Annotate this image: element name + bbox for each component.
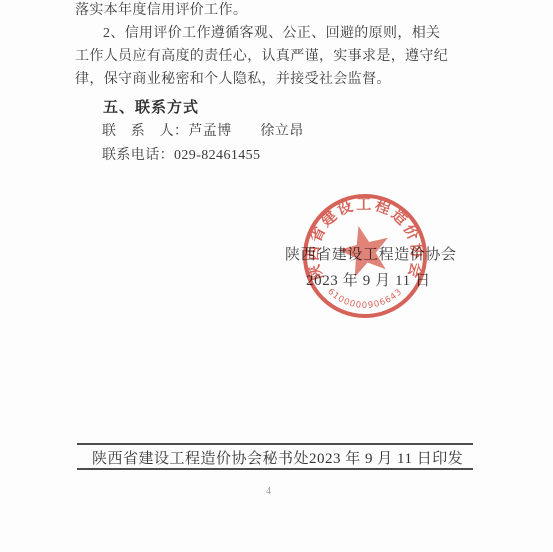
section-heading-contact: 五、联系方式 xyxy=(103,96,199,117)
body-line-continuation: 落实本年度信用评价工作。 xyxy=(75,2,247,20)
paragraph2-line2: 工作人员应有高度的责任心，认真严谨，实事求是，遵守纪 xyxy=(75,48,448,66)
paragraph2-line3: 律，保守商业秘密和个人隐私，并接受社会监督。 xyxy=(75,71,391,89)
contact-phone-line: 联系电话：029-82461455 xyxy=(102,144,260,164)
paragraph2-line1: 2、信用评价工作遵循客观、公正、回避的原则，相关 xyxy=(103,25,440,43)
footer-rule-bottom xyxy=(77,468,473,470)
footer-print-date: 2023 年 9 月 11 日印发 xyxy=(309,447,463,468)
contact-person-line: 联 系 人：芦孟博 徐立昂 xyxy=(102,120,304,140)
seal-star-icon xyxy=(336,223,392,279)
footer-imprint-row: 陕西省建设工程造价协会秘书处 2023 年 9 月 11 日印发 xyxy=(77,447,473,468)
document-page: 落实本年度信用评价工作。 2、信用评价工作遵循客观、公正、回避的原则，相关 工作… xyxy=(0,0,553,552)
footer-rule-top xyxy=(77,443,473,445)
official-seal-stamp: 陕西省建设工程造价协会 6100000906643 xyxy=(295,186,435,326)
footer-issuer: 陕西省建设工程造价协会秘书处 xyxy=(92,447,309,468)
page-number: 4 xyxy=(0,486,537,497)
